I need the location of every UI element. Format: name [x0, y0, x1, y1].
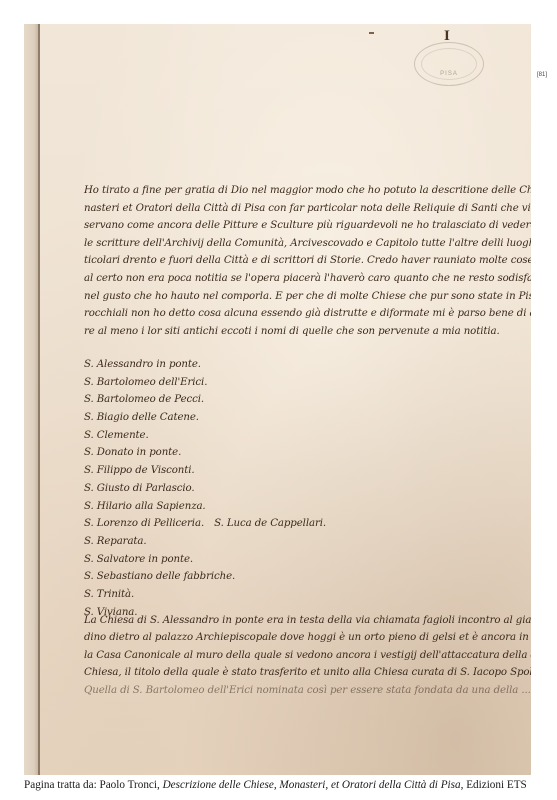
list-item: S. Hilario alla Sapienza. [84, 498, 531, 516]
list-item: S. Salvatore in ponte. [84, 551, 531, 569]
list-item: S. Clemente. [84, 427, 531, 445]
text-line: rocchiali non ho detto cosa alcuna essen… [84, 305, 531, 323]
list-item-inline: S. Luca de Cappellari. [214, 518, 326, 529]
list-item: S. Filippo de Visconti. [84, 462, 531, 480]
list-item: S. Bartolomeo dell'Erici. [84, 374, 531, 392]
ink-mark [369, 32, 374, 34]
list-item: S. Giusto di Parlascio. [84, 480, 531, 498]
text-line: Quella di S. Bartolomeo dell'Erici nomin… [84, 682, 531, 699]
page-reference: [81] [537, 72, 547, 78]
source-caption: Pagina tratta da: Paolo Tronci, Descrizi… [24, 779, 527, 791]
caption-suffix: , Edizioni ETS [461, 779, 527, 791]
text-line: ticolari drento e fuori della Città e di… [84, 252, 531, 270]
text-line: re al meno i lor siti antichi eccoti i n… [84, 323, 531, 341]
text-line: servano come ancora delle Pitture e Scul… [84, 217, 531, 235]
caption-prefix: Pagina tratta da: Paolo Tronci, [24, 779, 163, 791]
text-line: nasteri et Oratori della Città di Pisa c… [84, 200, 531, 218]
list-item: S. Alessandro in ponte. [84, 356, 531, 374]
list-item: S. Trinità. [84, 586, 531, 604]
manuscript-page: I PISA Ho tirato a fine per gratia di Di… [24, 24, 531, 775]
stamp-text: PISA [415, 71, 483, 77]
closing-paragraph: La Chiesa di S. Alessandro in ponte era … [84, 612, 531, 699]
list-item-double: S. Lorenzo di Pelliceria.S. Luca de Capp… [84, 515, 531, 533]
list-item: S. Lorenzo di Pelliceria. [84, 518, 204, 529]
caption-title: Descrizione delle Chiese, Monasteri, et … [163, 779, 461, 791]
text-line: dino dietro al palazzo Archiepiscopale d… [84, 629, 531, 646]
text-line: La Chiesa di S. Alessandro in ponte era … [84, 612, 531, 629]
list-item: S. Bartolomeo de Pecci. [84, 391, 531, 409]
church-list: S. Alessandro in ponte. S. Bartolomeo de… [84, 356, 531, 621]
list-item: S. Sebastiano delle fabbriche. [84, 568, 531, 586]
intro-paragraph: Ho tirato a fine per gratia di Dio nel m… [84, 182, 531, 340]
text-line: al certo non era poca notitia se l'opera… [84, 270, 531, 288]
list-item: S. Donato in ponte. [84, 444, 531, 462]
text-line: la Casa Canonicale al muro della quale s… [84, 647, 531, 664]
text-line: le scritture dell'Archivij della Comunit… [84, 235, 531, 253]
list-item: S. Biagio delle Catene. [84, 409, 531, 427]
text-line: Chiesa, il titolo della quale è stato tr… [84, 664, 531, 681]
text-line: nel gusto che ho hauto nel comporla. E p… [84, 288, 531, 306]
binding-line [38, 24, 40, 775]
library-stamp-icon: PISA [414, 42, 484, 86]
list-item: S. Reparata. [84, 533, 531, 551]
binding-gutter [24, 24, 38, 775]
text-line: Ho tirato a fine per gratia di Dio nel m… [84, 182, 531, 200]
